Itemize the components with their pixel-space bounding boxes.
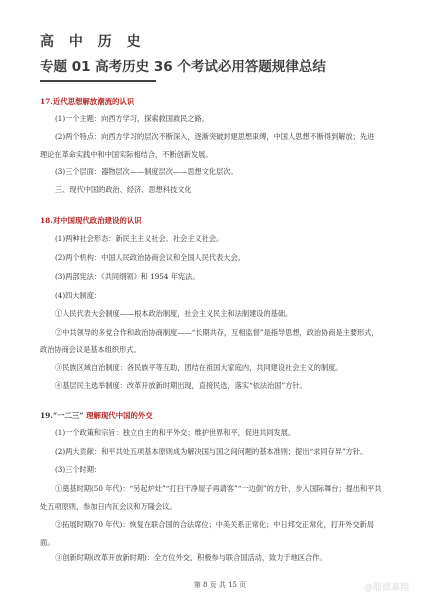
section-17-line: (3)三个层面：器物层次——制度层次——思想文化层次。: [55, 167, 238, 177]
section-17-line: 理论在革命实践中和中国实际相结合，不断创新发展。: [40, 150, 213, 160]
section-18-line: (1)两种社会形态：新民主主义社会、社会主义社会。: [55, 234, 223, 244]
section-18-line: (4)四大制度：: [55, 291, 101, 301]
section-17-heading: 17.近代思想解放潮流的认识: [40, 96, 134, 107]
section-18-line: ④基层民主选举制度：改革开放新时期出现，直接民选，落实“依法治国”方针。: [55, 381, 307, 391]
section-19-heading: 19.“一二三” 理解现代中国的外交: [40, 410, 153, 421]
section-19-line: ①奠基时期(50 年代)：“另起炉灶”“打扫干净屋子再请客”“一边倒”的方针，步…: [55, 484, 382, 494]
section-18-line: ①人民代表大会制度——根本政治制度，社会主义民主和法制建设的基础。: [55, 309, 292, 319]
section-17-line: (1)一个主题：向西方学习，探索救国救民之路。: [55, 114, 209, 124]
section-18-line: (3)两部宪法：《共同纲领》和 1954 年宪法。: [55, 272, 199, 282]
section-18-line: (2)两个机构：中国人民政治协商会议和全国人民代表大会。: [55, 253, 245, 263]
section-19-line: (2)两大贡献：和平共处五项基本原则成为解决国与国之间问题的基本准则；提出“求同…: [55, 447, 367, 457]
section-18-heading: 18.对中国现代政治建设的认识: [40, 215, 142, 226]
document-page: 高 中 历 史 专题 01 高考历史 36 个考试必用答题规律总结 17.近代思…: [0, 0, 440, 600]
subject-title: 高 中 历 史: [40, 31, 146, 51]
section-18-line: ②中共领导的多党合作和政治协商制度——“长期共存，互相监督”是指导思想，政治协商…: [55, 328, 379, 338]
watermark: @鼎德嘉翔: [364, 580, 409, 593]
section-19-line: (3)三个时期：: [55, 465, 101, 475]
section-19-line: ③创新时期(改革开放新时期)：全方位外交，积极参与联合国活动，致力于地区合作。: [55, 553, 327, 563]
section-subheading: 三、现代中国的政治、经济、思想科技文化: [55, 185, 192, 195]
title-underline: [40, 80, 156, 82]
section-18-line: ③民族区域自治制度：各民族平等互助，团结在祖国大家庭内，共同建设社会主义的制度。: [55, 363, 343, 373]
section-19-line: 处五项原则，参加日内瓦会议和万隆会议。: [40, 502, 177, 512]
section-17-line: (2)两个特点：向西方学习的层次不断深入，逐渐突破封建思想束缚，中国人思想不断得…: [55, 132, 374, 142]
section-19-line: 面。: [40, 538, 54, 548]
section-19-heading-text: 理解现代中国的外交: [86, 411, 153, 420]
section-19-heading-prefix: 19.“一二三”: [40, 411, 84, 420]
section-19-line: (1)一个政策和宗旨：独立自主的和平外交；维护世界和平，促进共同发展。: [55, 428, 295, 438]
section-19-line: ②拓展时期(70 年代)：恢复在联合国的合法席位；中美关系正常化；中日邦交正常化…: [55, 520, 374, 530]
topic-title: 专题 01 高考历史 36 个考试必用答题规律总结: [40, 55, 326, 75]
section-18-line: 政治协商会议是基本组织形式。: [40, 345, 141, 355]
